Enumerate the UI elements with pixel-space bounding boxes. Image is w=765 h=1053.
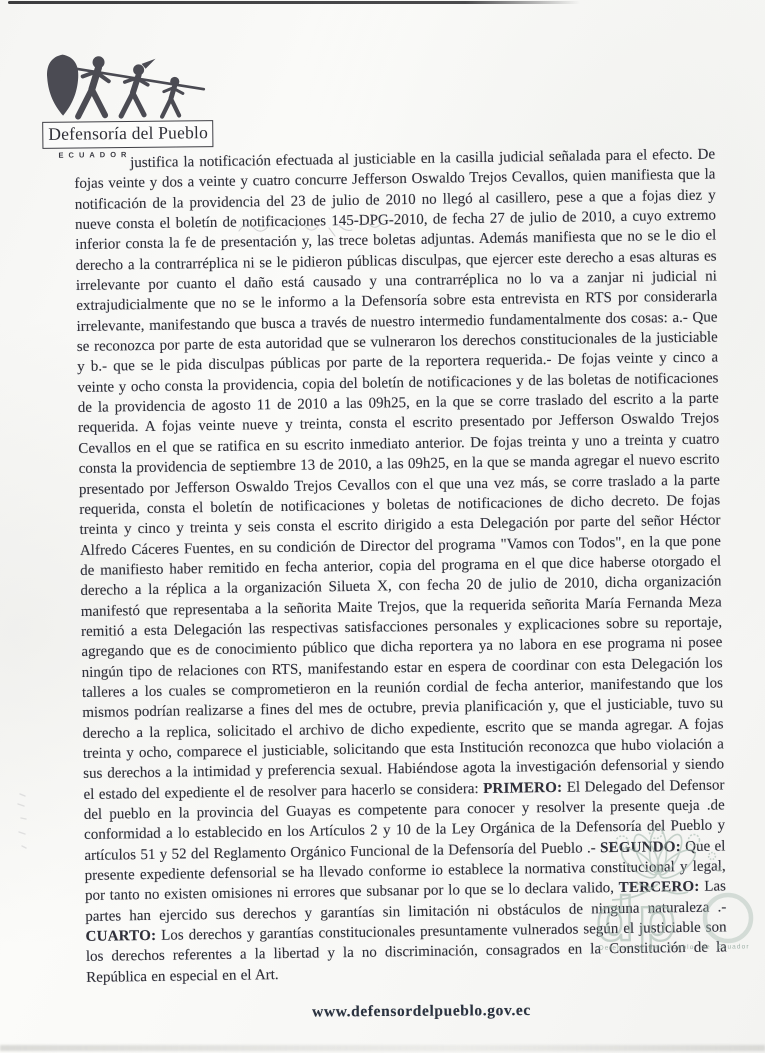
footer-url: www.defensordelpueblo.gov.ec: [0, 1000, 765, 1023]
scanned-page: Defensoría del Pueblo ECUADOR justifica …: [0, 0, 765, 1053]
dpe-stamp-icon: ® dp: [586, 826, 765, 952]
handwritten-annotation: [233, 214, 418, 240]
stamp-letters: dp: [596, 885, 680, 952]
stamp-caption: Defensoría del Pueblo de Ecuador: [599, 943, 765, 951]
logo-name-box: Defensoría del Pueblo: [42, 120, 213, 149]
stamp-registered-mark: ®: [716, 864, 723, 874]
org-name: Defensoría del Pueblo: [48, 122, 208, 144]
letterhead-logo: Defensoría del Pueblo ECUADOR: [41, 51, 213, 160]
scan-edge-line: [8, 1, 580, 4]
scan-bottom-shadow: [0, 1045, 765, 1051]
margin-smudge: [14, 788, 44, 858]
logo-figures-icon: [41, 51, 212, 121]
